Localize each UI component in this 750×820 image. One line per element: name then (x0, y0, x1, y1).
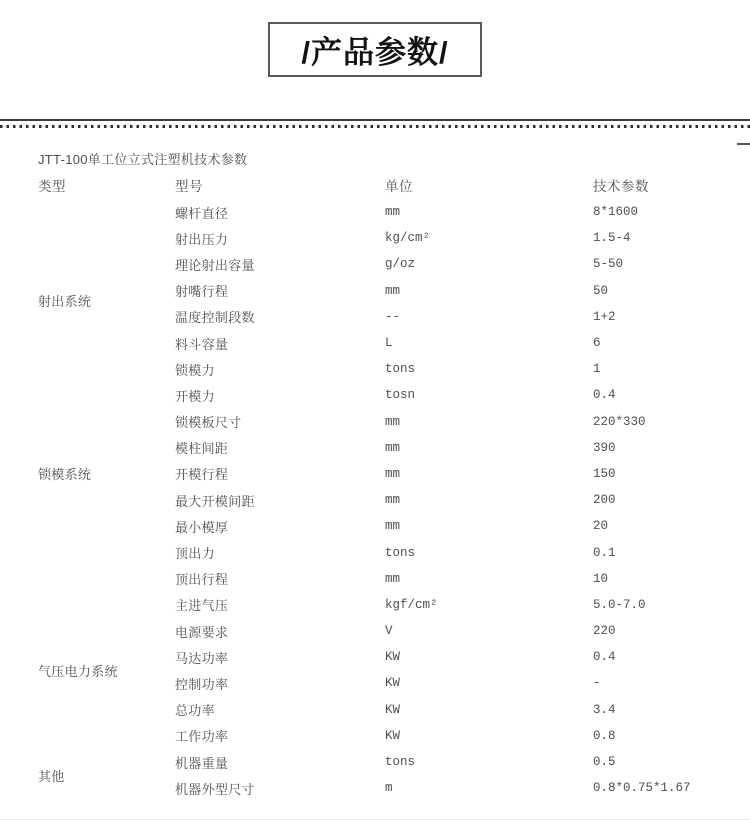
category-label: 锁模系统 (38, 464, 91, 483)
header-spec: 技术参数 (593, 170, 718, 199)
param-name-cell: 料斗容量 (175, 330, 385, 356)
param-value-cell: 10 (593, 566, 718, 592)
param-name-cell: 顶出行程 (175, 566, 385, 592)
param-unit-cell: tons (385, 539, 593, 565)
table-row: 气压电力系统主进气压kgf/cm²5.0-7.0 (38, 592, 718, 618)
param-unit-cell: mm (385, 566, 593, 592)
dotted-divider-line (0, 125, 750, 128)
param-name-cell: 最大开模间距 (175, 487, 385, 513)
param-value-cell: 0.8*0.75*1.67 (593, 775, 718, 801)
category-label: 气压电力系统 (38, 661, 118, 680)
param-name-cell: 最小模厚 (175, 513, 385, 539)
param-unit-cell: g/oz (385, 251, 593, 277)
param-unit-cell: L (385, 330, 593, 356)
param-table-body: 射出系统螺杆直径mm8*1600射出压力kg/cm²1.5-4理论射出容量g/o… (38, 199, 718, 801)
param-unit-cell: tons (385, 749, 593, 775)
param-name-cell: 射出压力 (175, 225, 385, 251)
param-name-cell: 开模行程 (175, 461, 385, 487)
section-title-box: /产品参数/ (268, 22, 482, 77)
category-cell: 气压电力系统 (38, 592, 175, 749)
param-value-cell: 6 (593, 330, 718, 356)
param-unit-cell: mm (385, 487, 593, 513)
param-name-cell: 顶出力 (175, 539, 385, 565)
param-name-cell: 温度控制段数 (175, 304, 385, 330)
param-value-cell: 220 (593, 618, 718, 644)
table-row: 其他机器重量tons0.5 (38, 749, 718, 775)
table-row: 射出系统螺杆直径mm8*1600 (38, 199, 718, 225)
param-value-cell: 5.0-7.0 (593, 592, 718, 618)
param-name-cell: 射嘴行程 (175, 278, 385, 304)
category-cell: 其他 (38, 749, 175, 801)
param-value-cell: 8*1600 (593, 199, 718, 225)
param-value-cell: - (593, 670, 718, 696)
param-name-cell: 控制功率 (175, 670, 385, 696)
parameters-table: 类型 型号 单位 技术参数 射出系统螺杆直径mm8*1600射出压力kg/cm²… (38, 170, 718, 801)
right-edge-dash (737, 143, 750, 145)
category-cell: 锁模系统 (38, 356, 175, 592)
param-value-cell: 1+2 (593, 304, 718, 330)
section-title: /产品参数/ (301, 27, 448, 72)
param-value-cell: 20 (593, 513, 718, 539)
param-unit-cell: mm (385, 513, 593, 539)
param-unit-cell: KW (385, 644, 593, 670)
param-unit-cell: -- (385, 304, 593, 330)
param-unit-cell: mm (385, 278, 593, 304)
category-label: 射出系统 (38, 291, 91, 310)
param-value-cell: 0.4 (593, 644, 718, 670)
table-title: JTT-100单工位立式注塑机技术参数 (38, 149, 247, 168)
param-value-cell: 0.8 (593, 723, 718, 749)
param-name-cell: 马达功率 (175, 644, 385, 670)
param-value-cell: 0.1 (593, 539, 718, 565)
param-unit-cell: mm (385, 461, 593, 487)
param-value-cell: 150 (593, 461, 718, 487)
param-name-cell: 螺杆直径 (175, 199, 385, 225)
param-unit-cell: m (385, 775, 593, 801)
param-unit-cell: KW (385, 697, 593, 723)
category-cell: 射出系统 (38, 199, 175, 356)
param-name-cell: 电源要求 (175, 618, 385, 644)
param-name-cell: 理论射出容量 (175, 251, 385, 277)
header-unit: 单位 (385, 170, 593, 199)
param-value-cell: 0.4 (593, 382, 718, 408)
param-value-cell: 1.5-4 (593, 225, 718, 251)
param-unit-cell: kg/cm² (385, 225, 593, 251)
param-value-cell: 1 (593, 356, 718, 382)
param-name-cell: 机器重量 (175, 749, 385, 775)
param-unit-cell: V (385, 618, 593, 644)
param-unit-cell: KW (385, 723, 593, 749)
param-name-cell: 锁模力 (175, 356, 385, 382)
param-unit-cell: mm (385, 435, 593, 461)
param-name-cell: 总功率 (175, 697, 385, 723)
header-model: 型号 (175, 170, 385, 199)
param-value-cell: 200 (593, 487, 718, 513)
param-value-cell: 5-50 (593, 251, 718, 277)
param-name-cell: 模柱间距 (175, 435, 385, 461)
param-value-cell: 3.4 (593, 697, 718, 723)
category-label: 其他 (38, 766, 65, 785)
param-unit-cell: kgf/cm² (385, 592, 593, 618)
param-name-cell: 开模力 (175, 382, 385, 408)
param-unit-cell: KW (385, 670, 593, 696)
param-name-cell: 工作功率 (175, 723, 385, 749)
table-header-row: 类型 型号 单位 技术参数 (38, 170, 718, 199)
param-value-cell: 220*330 (593, 409, 718, 435)
product-parameters-page: { "page": { "section_title": "/产品参数/", "… (0, 0, 750, 820)
solid-divider-line (0, 119, 750, 121)
param-value-cell: 50 (593, 278, 718, 304)
param-unit-cell: mm (385, 409, 593, 435)
param-value-cell: 390 (593, 435, 718, 461)
param-value-cell: 0.5 (593, 749, 718, 775)
header-type: 类型 (38, 170, 175, 199)
param-name-cell: 主进气压 (175, 592, 385, 618)
param-unit-cell: mm (385, 199, 593, 225)
table-row: 锁模系统锁模力tons1 (38, 356, 718, 382)
param-name-cell: 锁模板尺寸 (175, 409, 385, 435)
param-name-cell: 机器外型尺寸 (175, 775, 385, 801)
param-unit-cell: tosn (385, 382, 593, 408)
param-unit-cell: tons (385, 356, 593, 382)
